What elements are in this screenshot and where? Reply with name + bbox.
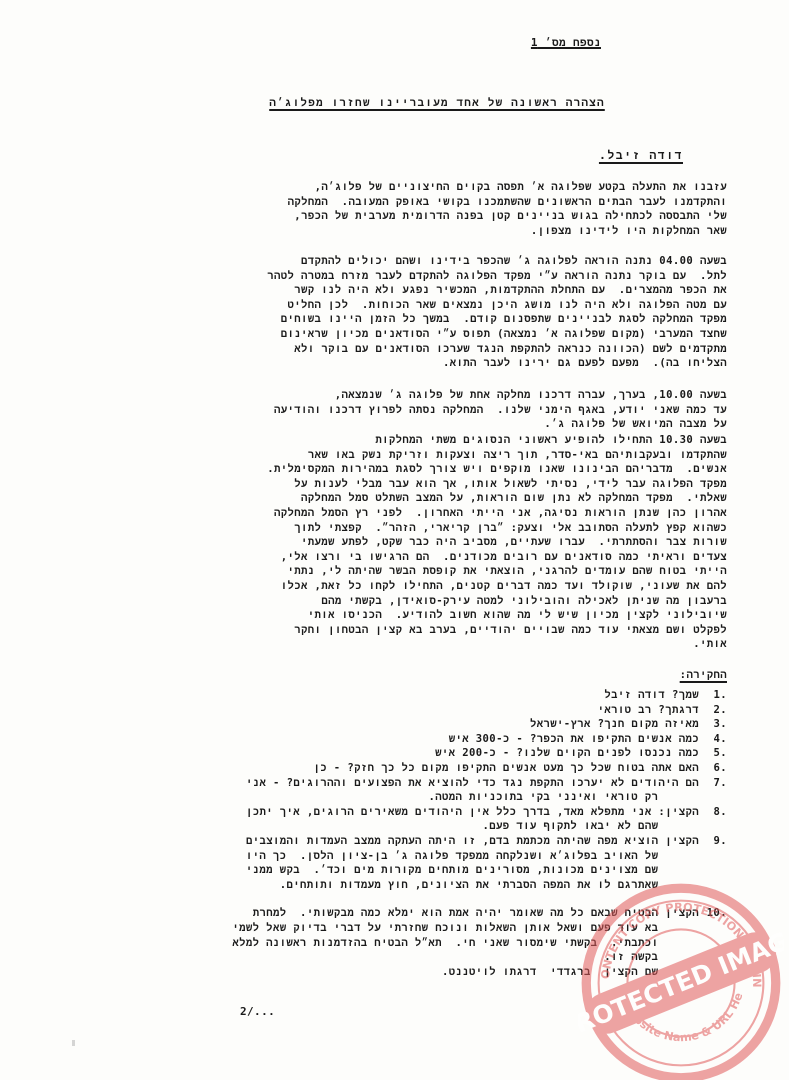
paragraph-line: עזבנו את התעלה בקטע שפלוגה א׳ תפסה בקוים… (67, 180, 727, 195)
document-page: נספח מס׳ 1 הצהרה ראשונה של אחד מעובריינו… (0, 0, 789, 1080)
item-number (699, 965, 727, 980)
paragraph-line: שהתקדמו ובעקבותיהם באי-סדר, תוך ריצה וצע… (67, 448, 727, 463)
item-number: 6. (699, 761, 727, 776)
paragraph-line: עם מטה הפלוגה ולא היה לנו מושג היכן נמצא… (67, 298, 727, 313)
item-number (699, 819, 727, 834)
interrogation-item: שם מצוינים מכונות, מסורינים מותחים מקורו… (67, 863, 727, 878)
paragraph-line: אהרון כהן שנתן הוראות נסיגה, אני הייתי ה… (67, 506, 727, 521)
item-number: 8. (699, 805, 727, 820)
interrogation-heading: החקירה: (680, 668, 727, 683)
item-number (699, 936, 727, 951)
item-text: דרגתך? רב טוראי (598, 703, 699, 718)
paragraph-line: צעדים וראיתי כמה סודאנים עם רובים מכודני… (67, 550, 727, 565)
item-text: כמה אנשים התקיפו את הכפר? - כ-300 איש (449, 732, 699, 747)
interrogation-item: 10.הקצין הבטיח שבאם כל מה שאומר יהיה אמת… (67, 906, 727, 921)
item-number (699, 790, 727, 805)
item-number: 3. (699, 717, 727, 732)
paragraph-line: מפקד המחלקה לסגת לבניינים שתפסנום קודם. … (67, 312, 727, 327)
paragraph-line: אנשים. מדבריהם הבינונו שאנו מוקפים ויש צ… (67, 462, 727, 477)
interrogation-item: 6.האם אתה בטוח שכל כך מעט אנשים התקיפו מ… (67, 761, 727, 776)
paragraph-line: שאר המחלקות היו לידינו מצפון. (67, 224, 727, 239)
scan-speck (72, 1040, 75, 1046)
interrogation-item: בא עוד פעם ושאל אותן השאלות ונוכח שחזרתי… (67, 921, 727, 936)
paragraph-line: בשעה 10.00, בערך, עברה דרכנו מחלקה אחת ש… (67, 388, 727, 403)
item-text: שם הקצין ברגדדי דרגתו לויטננט. (442, 965, 699, 980)
paragraph-line: על מצבה המיואש של פלוגה ג׳. (67, 417, 727, 432)
witness-name-heading: דודה זיבל. (599, 148, 683, 163)
item-text: הקצין הוציא מפה שהיתה מכתמת בדם, זו היתה… (246, 834, 699, 849)
interrogation-item: בקשה זו. (67, 950, 727, 965)
item-number (699, 921, 727, 936)
item-number: 1. (699, 688, 727, 703)
paragraph-line: לפקלט ושם מצאתי עוד כמה שבויים יהודיים, … (67, 623, 727, 638)
item-number: 10. (699, 906, 727, 921)
paragraph: בשעה 10.30 התחילו להופיע ראשוני הנסוגים … (67, 433, 727, 652)
interrogation-item: 5.כמה נכנסו לפנים הקוים שלנו? - כ-200 אי… (67, 746, 727, 761)
item-text: וכתבתי. בקשתי שימסור שאני חי. תא״ל הבטיח… (232, 936, 699, 951)
interrogation-list: 1.שמך? דודה זיבל2.דרגתך? רב טוראי3.מאיזה… (67, 688, 727, 979)
paragraph-line: מפקד הפלוגה עבר לידי, נסיתי לשאול אותו, … (67, 477, 727, 492)
item-text: שם מצוינים מכונות, מסורינים מותחים מקורו… (246, 863, 699, 878)
paragraph-line: מתקדמים לשם (הכוונה כנראה להתקפת הנגד שע… (67, 342, 727, 357)
item-text: הקצין הבטיח שבאם כל מה שאומר יהיה אמת הו… (253, 906, 699, 921)
item-number (699, 849, 727, 864)
item-number: 5. (699, 746, 727, 761)
page-continuation: 2/... (240, 1005, 275, 1020)
paragraph-line: שאלתי. מפקד המחלקה לא נתן שום הוראות, על… (67, 491, 727, 506)
interrogation-item: 8.הקצין: אני מתפלא מאד, בדרך כלל אין היה… (67, 805, 727, 820)
item-text: הם היהודים לא יערכו התקפת נגד כדי להוציא… (246, 776, 699, 791)
interrogation-item: של האויב בפלוג׳א ושנלקחה ממפקד פלוגה ג׳ … (67, 849, 727, 864)
item-text: האם אתה בטוח שכל כך מעט אנשים התקיפו מקו… (314, 761, 699, 776)
interrogation-item: 4.כמה אנשים התקיפו את הכפר? - כ-300 איש (67, 732, 727, 747)
paragraph: עזבנו את התעלה בקטע שפלוגה א׳ תפסה בקוים… (67, 180, 727, 238)
item-number: 2. (699, 703, 727, 718)
interrogation-item: 7.הם היהודים לא יערכו התקפת נגד כדי להוצ… (67, 776, 727, 791)
interrogation-item: 9.הקצין הוציא מפה שהיתה מכתמת בדם, זו הי… (67, 834, 727, 849)
paragraph-line: בשעה 04.00 נתנה הוראה לפלוגה ג׳ שהכפר בי… (67, 254, 727, 269)
item-text: מאיזה מקום חנך? ארץ-ישראל (530, 717, 699, 732)
interrogation-item: 3.מאיזה מקום חנך? ארץ-ישראל (67, 717, 727, 732)
paragraph-line: הצליחו בה). מפעם לפעם גם ירינו לעבר התוא… (67, 356, 727, 371)
paragraph-line: עד כמה שאני יודע, באגף הימני שלנו. המחלק… (67, 403, 727, 418)
item-text: כמה נכנסו לפנים הקוים שלנו? - כ-200 איש (435, 746, 699, 761)
paragraph-line: שיובילוני לקצין מכיון שיש לי מה שהוא חשו… (67, 608, 727, 623)
paragraph-line: כשהוא קפץ לתעלה הסתובב אלי וצעק: ״ברן קר… (67, 521, 727, 536)
item-number (699, 878, 727, 893)
item-text: הקצין: אני מתפלא מאד, בדרך כלל אין היהוד… (246, 805, 699, 820)
item-text: בקשה זו. (604, 950, 699, 965)
paragraph-line: שורות צבר והסתתרתי. עברו שעתיים, מסביב ה… (67, 535, 727, 550)
interrogation-item: שהם לא יבאו לתקוף עוד פעם. (67, 819, 727, 834)
paragraph-line: לתל. עם בוקר נתנה הוראה ע״י מפקד הפלוגה … (67, 269, 727, 284)
item-text: שאתרגם לו את המפה הסברתי את הציונים, חוץ… (280, 878, 699, 893)
item-text: שמך? דודה זיבל (604, 688, 699, 703)
interrogation-item: וכתבתי. בקשתי שימסור שאני חי. תא״ל הבטיח… (67, 936, 727, 951)
item-text: רק טוראי ואינני בקי בתוכניות המטה. (428, 790, 699, 805)
paragraph-line: בשעה 10.30 התחילו להופיע ראשוני הנסוגים … (67, 433, 727, 448)
item-number (699, 950, 727, 965)
paragraph-line: שלי התבססה לכתחילה בגוש בניינים קטן בפנה… (67, 209, 727, 224)
item-number: 7. (699, 776, 727, 791)
item-text: שהם לא יבאו לתקוף עוד פעם. (483, 819, 699, 834)
item-text: בא עוד פעם ושאל אותן השאלות ונוכח שחזרתי… (232, 921, 699, 936)
interrogation-item: 1.שמך? דודה זיבל (67, 688, 727, 703)
item-number: 9. (699, 834, 727, 849)
item-number (699, 863, 727, 878)
paragraph: בשעה 10.00, בערך, עברה דרכנו מחלקה אחת ש… (67, 388, 727, 432)
interrogation-item: שאתרגם לו את המפה הסברתי את הציונים, חוץ… (67, 878, 727, 893)
interrogation-item: רק טוראי ואינני בקי בתוכניות המטה. (67, 790, 727, 805)
paragraph-line: ברעבון מה שניתן לאכילה והובילוני למטה עי… (67, 594, 727, 609)
paragraph-line: אותי. (67, 637, 727, 652)
item-number: 4. (699, 732, 727, 747)
paragraph: בשעה 04.00 נתנה הוראה לפלוגה ג׳ שהכפר בי… (67, 254, 727, 371)
paragraph-line: להם את שעוני, שוקולד ועד כמה דברים קטנים… (67, 579, 727, 594)
paragraph-line: הייתי בטוח שהם עומדים להרגני, הוצאתי את … (67, 564, 727, 579)
item-text: של האויב בפלוג׳א ושנלקחה ממפקד פלוגה ג׳ … (246, 849, 699, 864)
document-title: הצהרה ראשונה של אחד מעובריינו שחזרו מפלו… (197, 96, 677, 111)
paragraph-line: והתקדמנו לעבר הבתים הראשונים שהשתמכנו בק… (67, 195, 727, 210)
paragraph-line: שחצד המערבי (מקום שפלוגה א׳ נמצאה) תפוס … (67, 327, 727, 342)
interrogation-item: 2.דרגתך? רב טוראי (67, 703, 727, 718)
appendix-label: נספח מס׳ 1 (531, 36, 601, 51)
paragraph-line: את הכפר מהמצרים. עם התחלת ההתקדמות, המכש… (67, 283, 727, 298)
interrogation-item: שם הקצין ברגדדי דרגתו לויטננט. (67, 965, 727, 980)
